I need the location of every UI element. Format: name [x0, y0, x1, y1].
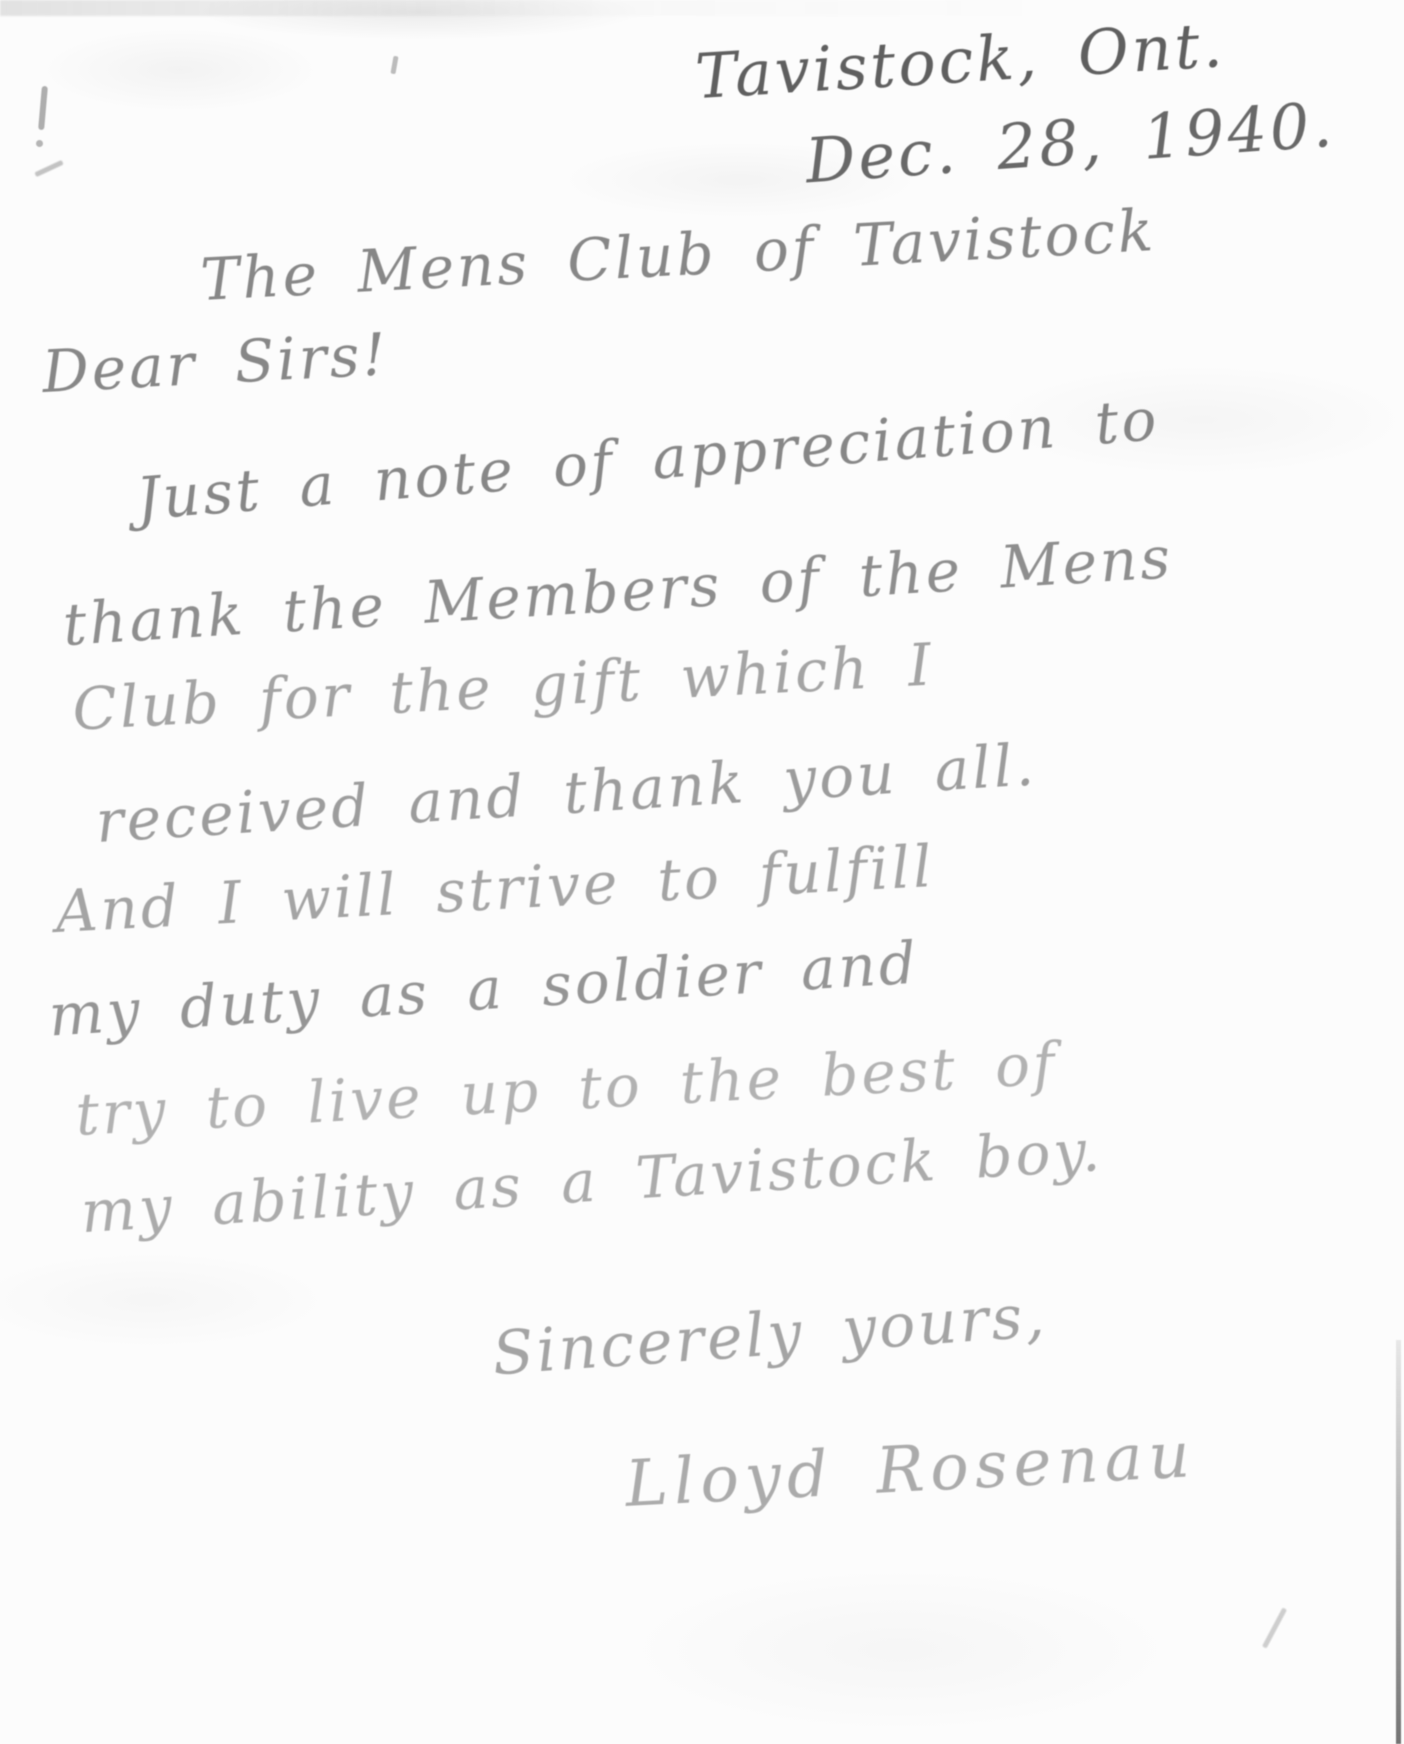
signature: Lloyd Rosenau — [624, 1423, 1198, 1517]
place-line: Tavistock, Ont. — [694, 14, 1227, 108]
closing-line: Sincerely yours, — [491, 1286, 1049, 1385]
ink-smudge — [34, 160, 63, 177]
letter-body-line: thank the Members of the Mens — [61, 528, 1174, 654]
salutation: Dear Sirs! — [41, 325, 390, 401]
letter-body-line: Just a note of appreciation to — [134, 390, 1161, 528]
recipient-line: The Mens Club of Tavistock — [199, 201, 1157, 309]
ink-smudge — [38, 86, 48, 130]
ink-smudge — [36, 140, 43, 147]
letter-body-line: my duty as a soldier and — [47, 933, 920, 1044]
stray-mark — [1262, 1607, 1287, 1648]
ink-smudge — [390, 56, 398, 75]
scan-edge-line — [1396, 1340, 1401, 1744]
letter-page: Tavistock, Ont. Dec. 28, 1940. The Mens … — [0, 0, 1404, 1744]
letter-body-line: And I will strive to fulfill — [54, 837, 936, 941]
letter-body-line: Club for the gift which I — [71, 635, 935, 738]
date-line: Dec. 28, 1940. — [803, 94, 1336, 193]
